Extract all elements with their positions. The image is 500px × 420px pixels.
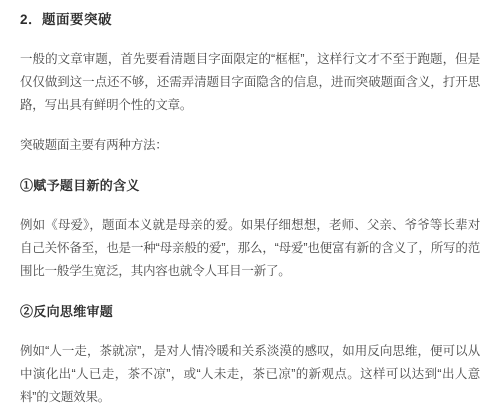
page: { "page": { "background_color": "#ffffff… [0, 0, 500, 420]
paragraph: 例如“人一走，茶就凉”，是对人情冷暖和关系淡漠的感叹，如用反向思维，便可以从中演… [20, 340, 480, 409]
content-blocks: 一般的文章审题，首先要看清题目字面限定的“框框”，这样行文才不至于跑题，但是仅仅… [20, 48, 480, 409]
paragraph: 一般的文章审题，首先要看清题目字面限定的“框框”，这样行文才不至于跑题，但是仅仅… [20, 48, 480, 117]
sub-heading: ①赋予题目新的含义 [20, 174, 480, 197]
section-title: 2．题面要突破 [20, 8, 480, 31]
paragraph: 例如《母爱》，题面本义就是母亲的爱。如果仔细想想，老师、父亲、爷爷等长辈对自己关… [20, 214, 480, 283]
document: 2．题面要突破 一般的文章审题，首先要看清题目字面限定的“框框”，这样行文才不至… [0, 0, 500, 409]
paragraph: 突破题面主要有两种方法： [20, 134, 480, 157]
sub-heading: ②反向思维审题 [20, 300, 480, 323]
